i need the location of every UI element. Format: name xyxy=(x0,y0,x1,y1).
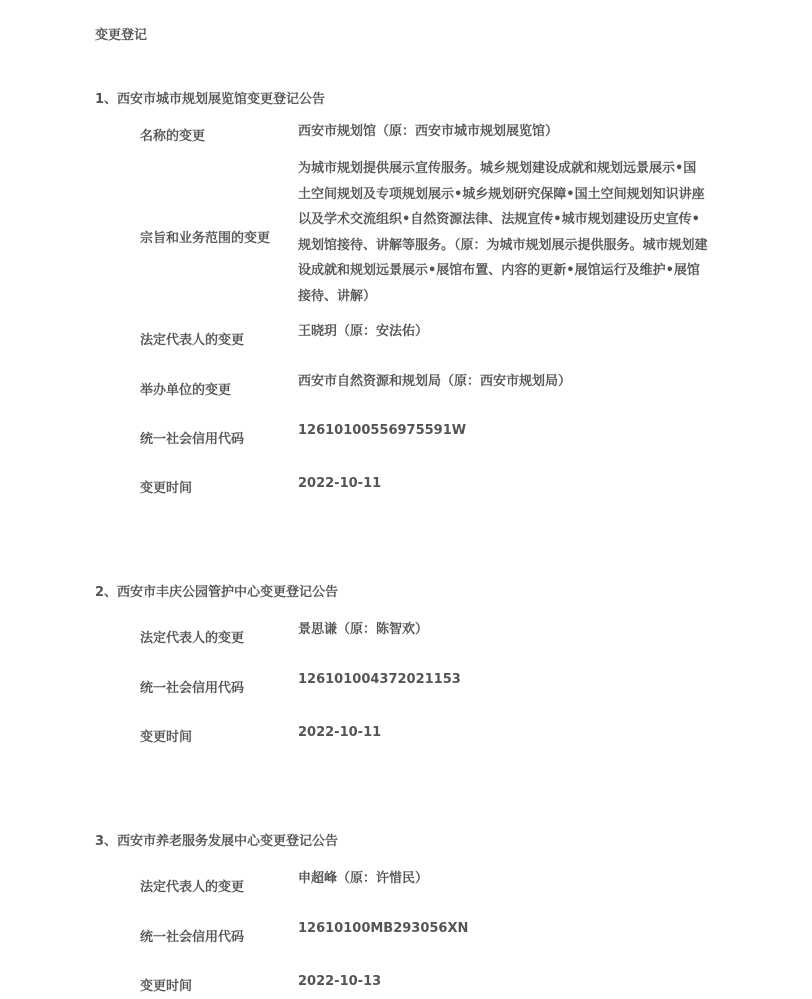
field-label: 法定代表人的变更 xyxy=(140,329,244,348)
field-label: 统一社会信用代码 xyxy=(140,677,244,696)
field-value: 王晓玥（原：安法佑） xyxy=(298,319,708,345)
field-label: 名称的变更 xyxy=(140,125,205,144)
field-value: 2022-10-11 xyxy=(298,471,708,497)
field-label: 法定代表人的变更 xyxy=(140,627,244,646)
field-label: 变更时间 xyxy=(140,477,192,496)
field-value: 西安市自然资源和规划局（原：西安市规划局） xyxy=(298,369,708,395)
field-label: 法定代表人的变更 xyxy=(140,876,244,895)
field-label: 变更时间 xyxy=(140,975,192,994)
field-label: 宗旨和业务范围的变更 xyxy=(140,227,270,246)
field-value: 景思谦（原：陈智欢） xyxy=(298,617,708,643)
section-title: 1、西安市城市规划展览馆变更登记公告 xyxy=(95,88,325,107)
field-label: 统一社会信用代码 xyxy=(140,926,244,945)
field-label: 统一社会信用代码 xyxy=(140,428,244,447)
field-value: 12610100556975591W xyxy=(298,418,708,444)
field-value: 126101004372021153 xyxy=(298,667,708,693)
field-value: 12610100MB293056XN xyxy=(298,916,708,942)
section-title: 2、西安市丰庆公园管护中心变更登记公告 xyxy=(95,581,338,600)
field-label: 变更时间 xyxy=(140,726,192,745)
field-value: 2022-10-11 xyxy=(298,720,708,746)
field-value: 西安市规划馆（原：西安市城市规划展览馆） xyxy=(298,119,708,145)
field-value: 2022-10-13 xyxy=(298,969,708,995)
field-value: 为城市规划提供展示宣传服务。城乡规划建设成就和规划远景展示•国土空间规划及专项规… xyxy=(298,156,708,310)
page-title: 变更登记 xyxy=(95,24,147,43)
field-value: 申超峰（原：许惜民） xyxy=(298,866,708,892)
section-title: 3、西安市养老服务发展中心变更登记公告 xyxy=(95,830,338,849)
field-label: 举办单位的变更 xyxy=(140,379,231,398)
